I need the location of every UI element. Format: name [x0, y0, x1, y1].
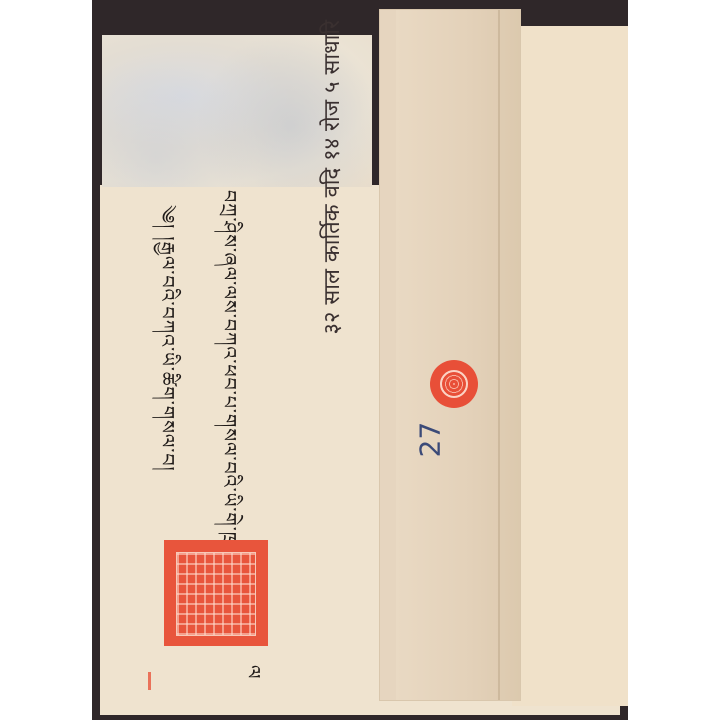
tibetan-text-line-2: བཀྲ་ཤིས་ཞལ་ལས་བཀའ་ཕབ་པ་གསལ་བའི་ཡི་གེ་ཁྲ་…	[202, 190, 256, 571]
square-seal-icon	[164, 540, 268, 646]
label-strip	[380, 10, 520, 700]
tibetan-text-line-1: ༄། །རྒྱལ་བའི་བཀའ་ཡི་ཚིག་གསལ་བ།	[140, 205, 194, 472]
tibetan-text-line-3: ལ	[226, 665, 280, 678]
blue-pencil-number: 27	[413, 422, 446, 458]
red-ink-mark	[148, 672, 151, 690]
seal-inscription	[176, 552, 256, 636]
right-paper-sheet	[512, 26, 628, 706]
seal-knot-pattern	[440, 370, 468, 398]
strip-fold-line	[498, 10, 500, 700]
strip-surface	[396, 10, 520, 700]
round-seal-icon	[430, 360, 478, 408]
devanagari-label-text: ३२ साल कार्तिक वदि १४ रोज ५ साधारि	[318, 20, 348, 335]
